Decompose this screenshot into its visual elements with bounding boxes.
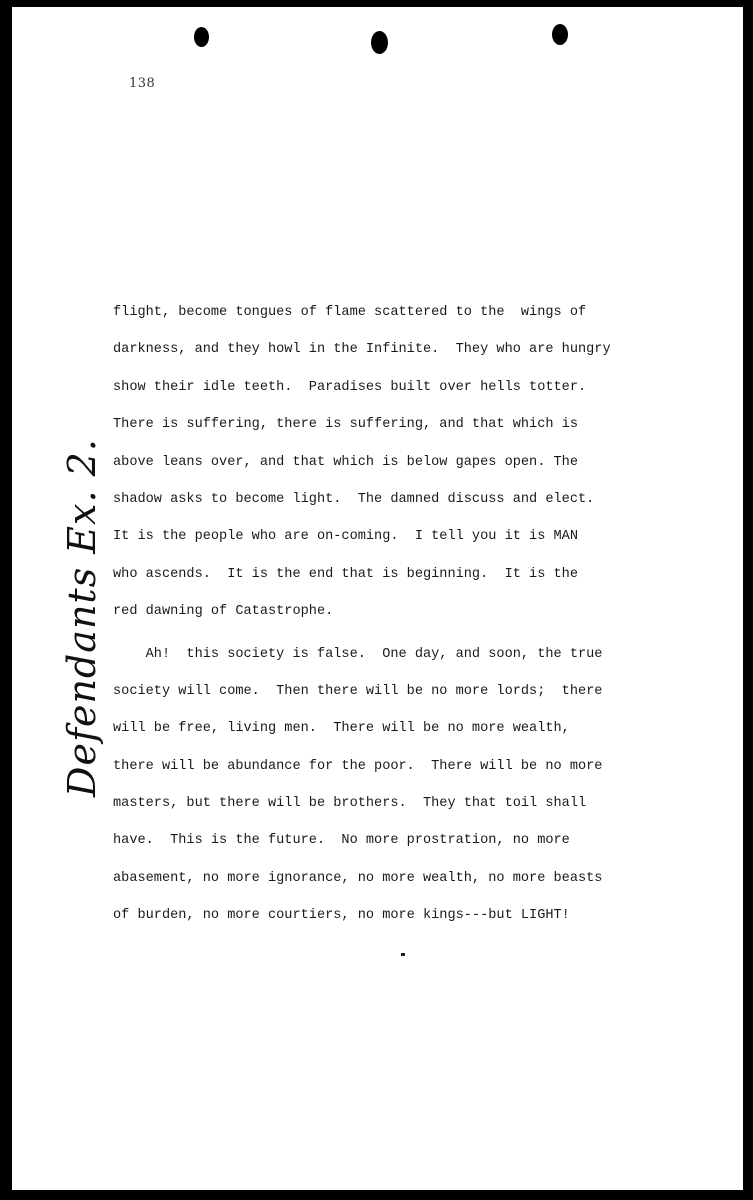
- text-line: Ah! this society is false. One day, and …: [113, 645, 713, 682]
- text-line: have. This is the future. No more prostr…: [113, 831, 713, 868]
- text-line: flight, become tongues of flame scattere…: [113, 303, 713, 340]
- text-line: darkness, and they howl in the Infinite.…: [113, 340, 713, 377]
- text-line: above leans over, and that which is belo…: [113, 453, 713, 490]
- paragraph-1: flight, become tongues of flame scattere…: [113, 303, 713, 640]
- punch-hole-right: [552, 24, 568, 45]
- stray-mark: [401, 953, 405, 956]
- punch-hole-center: [371, 31, 388, 54]
- text-line: there will be abundance for the poor. Th…: [113, 757, 713, 794]
- paragraph-2: Ah! this society is false. One day, and …: [113, 645, 713, 944]
- text-line: abasement, no more ignorance, no more we…: [113, 869, 713, 906]
- text-line: shadow asks to become light. The damned …: [113, 490, 713, 527]
- text-line: who ascends. It is the end that is begin…: [113, 565, 713, 602]
- page-number: 138: [129, 76, 155, 91]
- handwritten-exhibit-label: Defendants Ex. 2.: [60, 467, 104, 797]
- punch-hole-left: [194, 27, 209, 47]
- text-line: It is the people who are on-coming. I te…: [113, 527, 713, 564]
- text-line: red dawning of Catastrophe.: [113, 602, 713, 639]
- text-line: will be free, living men. There will be …: [113, 719, 713, 756]
- text-line: There is suffering, there is suffering, …: [113, 415, 713, 452]
- text-line: society will come. Then there will be no…: [113, 682, 713, 719]
- typed-text-body: flight, become tongues of flame scattere…: [113, 303, 713, 944]
- text-line: masters, but there will be brothers. The…: [113, 794, 713, 831]
- text-line: show their idle teeth. Paradises built o…: [113, 378, 713, 415]
- text-line: of burden, no more courtiers, no more ki…: [113, 906, 713, 943]
